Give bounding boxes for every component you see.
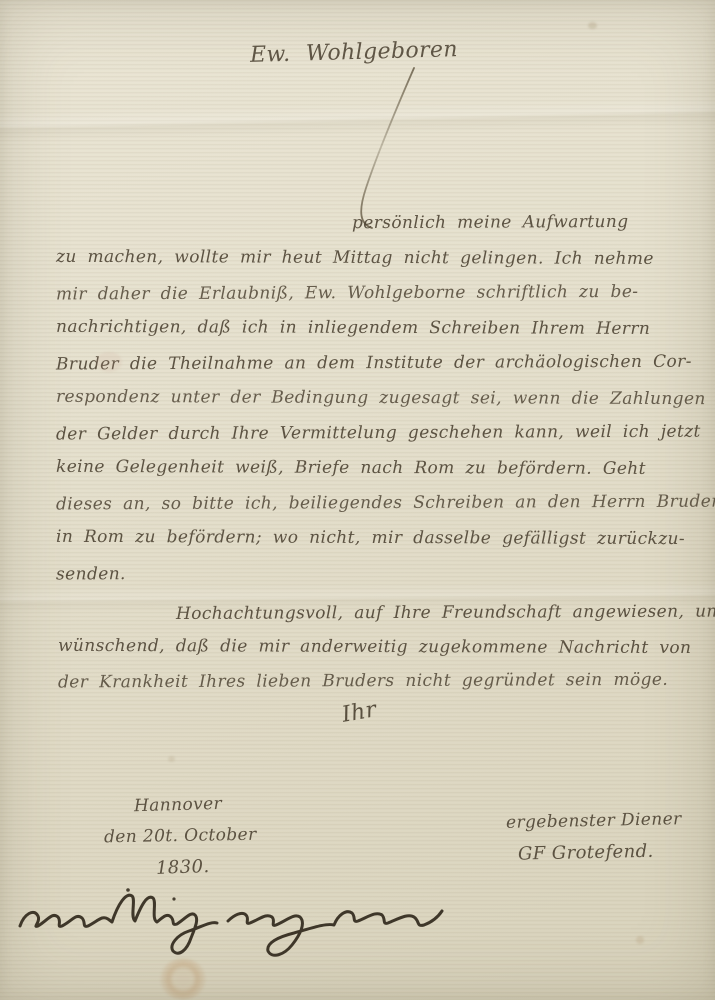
dateline-place: Hannover: [104, 788, 257, 823]
dateline-block: Hannover den 20t. October 1830.: [104, 790, 257, 883]
foxing-speck: [588, 22, 597, 29]
body-line: nachrichtigen, daß ich in inliegendem Sc…: [56, 310, 715, 347]
dateline-date: den 20t. October: [104, 820, 257, 854]
body-line: zu machen, wollte mir heut Mittag nicht …: [56, 240, 715, 277]
body-line: Hochachtungsvoll, auf Ihre Freundschaft …: [58, 595, 715, 632]
letter-salutation: Ew. Wohlgeboren: [250, 37, 459, 68]
letter-body-paragraph-1: persönlich meine Aufwartung zu machen, w…: [56, 206, 715, 591]
body-line: persönlich meine Aufwartung: [56, 205, 715, 243]
letter-photograph: Ew. Wohlgeboren persönlich meine Aufwart…: [0, 0, 715, 1000]
body-line: respondenz unter der Bedingung zugesagt …: [56, 380, 715, 417]
closing-word: Ihr: [340, 697, 378, 728]
letter-body-paragraph-2: Hochachtungsvoll, auf Ihre Freundschaft …: [58, 596, 715, 698]
signature-block: ergebenster Diener GF Grotefend.: [506, 806, 682, 868]
body-line: wünschend, daß die mir anderweitig zugek…: [58, 629, 715, 665]
annotation-scrawl: [14, 886, 448, 964]
signature-valediction: ergebenster Diener: [506, 804, 682, 839]
dateline-year: 1830.: [104, 849, 258, 885]
paper-crease: [0, 96, 715, 143]
body-line: in Rom zu befördern; wo nicht, mir dasse…: [56, 520, 715, 557]
signature-name: GF Grotefend.: [506, 835, 682, 870]
ink-stain: [160, 958, 206, 1000]
body-line: der Gelder durch Ihre Vermittelung gesch…: [56, 415, 715, 453]
body-line: Bruder die Theilnahme an dem Institute d…: [56, 345, 715, 383]
body-line: der Krankheit Ihres lieben Bruders nicht…: [58, 663, 715, 700]
foxing-speck: [168, 756, 175, 762]
body-line: senden.: [56, 555, 715, 593]
body-line: keine Gelegenheit weiß, Briefe nach Rom …: [56, 450, 715, 487]
body-line: dieses an, so bitte ich, beiliegendes Sc…: [56, 485, 715, 523]
foxing-speck: [636, 936, 644, 944]
body-line: mir daher die Erlaubniß, Ew. Wohlgeborne…: [56, 275, 715, 313]
